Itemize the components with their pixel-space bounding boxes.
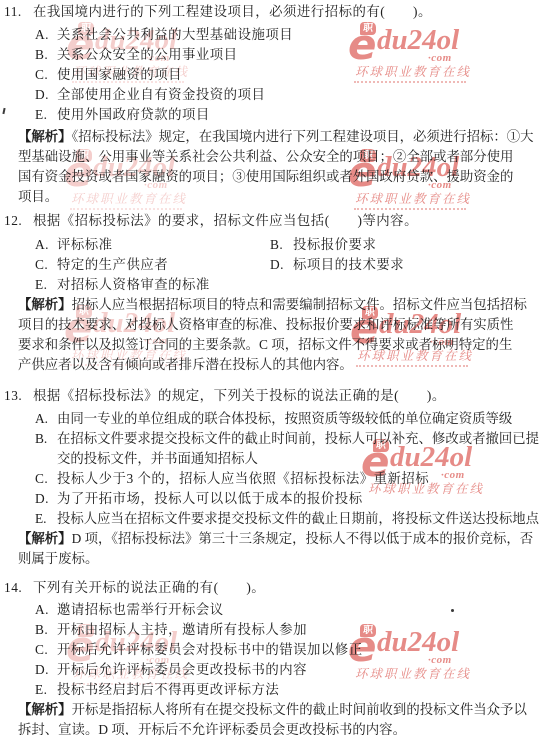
option-text: 开标后允许评标委员会对投标书中的错误加以修正	[57, 640, 363, 660]
option-E: E.投标人应当在招标文件要求提交投标文件的截止日期前，将投标文件送达投标地点	[0, 509, 544, 529]
option-label: D.	[35, 660, 57, 680]
question-stem-line: 13. 根据《招标投标法》的规定，下列关于投标的说法正确的是( )。	[0, 386, 544, 406]
option-label: D.	[35, 85, 57, 105]
option-E: E.投标书经启封后不得再更改评标方法	[0, 680, 544, 700]
option-B: B.关系公众安全的公用事业项目	[0, 45, 544, 65]
analysis-label: 【解析】	[18, 531, 72, 546]
analysis-line: 项目。	[0, 187, 544, 207]
option-label: C.	[35, 255, 57, 275]
question-number: 13.	[0, 386, 33, 406]
option-D: D.标项目的技术要求	[270, 255, 404, 275]
analysis-label: 【解析】	[18, 129, 72, 144]
option-label: E.	[35, 275, 57, 295]
option-text: 特定的生产供应者	[57, 255, 168, 275]
analysis-line: 【解析】招标人应当根据招标项目的特点和需要编制招标文件。招标文件应当包括招标	[0, 295, 544, 315]
option-label: C.	[35, 640, 57, 660]
option-D: D.为了开拓市场，投标人可以以低于成本的报价投标	[0, 489, 544, 509]
question-number: 14.	[0, 578, 33, 598]
option-label: A.	[35, 235, 57, 255]
option-label: A.	[35, 409, 57, 429]
options-list: A.由同一专业的单位组成的联合体投标，按照资质等级较低的单位确定资质等级 B.在…	[0, 409, 544, 529]
option-A: A.由同一专业的单位组成的联合体投标，按照资质等级较低的单位确定资质等级	[0, 409, 544, 429]
option-label: E.	[35, 509, 57, 529]
question-14: 14. 下列有关开标的说法正确的有( )。 A.邀请招标也需举行开标会议 B.开…	[0, 578, 544, 735]
option-label: D.	[270, 255, 293, 275]
scan-artifact	[451, 609, 454, 612]
analysis-label: 【解析】	[18, 297, 72, 312]
option-label: E.	[35, 105, 57, 125]
question-number: 11.	[0, 2, 33, 22]
option-text: 投标报价要求	[293, 235, 376, 255]
analysis-block: 【解析】招标人应当根据招标项目的特点和需要编制招标文件。招标文件应当包括招标 项…	[0, 295, 544, 375]
question-stem-line: 11. 在我国境内进行的下列工程建设项目，必须进行招标的有( )。	[0, 2, 544, 22]
option-C: C.开标后允许评标委员会对投标书中的错误加以修正	[0, 640, 544, 660]
option-C: C.投标人少于3 个的，招标人应当依照《招标投标法》重新招标	[0, 469, 544, 489]
question-12: 12. 根据《招标投标法》的要求，招标文件应当包括( )等内容。 A.评标标准 …	[0, 211, 544, 375]
option-text: 对招标人资格审查的标准	[57, 275, 210, 295]
option-A: A.关系社会公共利益的大型基础设施项目	[0, 25, 544, 45]
option-A: A.邀请招标也需举行开标会议	[0, 600, 544, 620]
option-label: D.	[35, 489, 57, 509]
scanned-exam-page: e 职 du24ol ·com 环球职业教育在线 e 职 du24ol ·com…	[0, 0, 544, 735]
question-stem-line: 14. 下列有关开标的说法正确的有( )。	[0, 578, 544, 598]
option-label: A.	[35, 600, 57, 620]
options-list: A.评标标准 B.投标报价要求 C.特定的生产供应者 D.标项目的技术要求 E.…	[0, 235, 544, 295]
question-stem: 根据《招标投标法》的要求，招标文件应当包括( )等内容。	[33, 211, 418, 231]
option-label: B.	[270, 235, 293, 255]
option-text: 开标后允许评标委员会更改投标书的内容	[57, 660, 307, 680]
analysis-line: 国有资金投资或者国家融资的项目；③使用国际组织或者外国政府贷款、援助资金的	[0, 167, 544, 187]
question-stem: 下列有关开标的说法正确的有( )。	[33, 578, 265, 598]
option-row-CD: C.特定的生产供应者 D.标项目的技术要求	[0, 255, 544, 275]
analysis-line: 拆封、宣读。D 项，开标后不允许评标委员会更改投标书的内容。	[0, 720, 544, 735]
option-label: E.	[35, 680, 57, 700]
analysis-line: 【解析】D 项，《招标投标法》第三十三条规定，投标人不得以低于成本的报价竞标，否	[0, 529, 544, 549]
analysis-text: 《招标投标法》规定，在我国境内进行下列工程建设项目，必须进行招标：①大	[72, 129, 534, 144]
watermark-dotted-line	[70, 208, 182, 210]
option-text: 使用国家融资的项目	[57, 65, 182, 85]
option-text: 投标人应当在招标文件要求提交投标文件的截止日期前，将投标文件送达投标地点	[57, 509, 539, 529]
option-D: D.全部使用企业自有资金投资的项目	[0, 85, 544, 105]
analysis-line: 产供应者以及含有倾向或者排斥潜在投标人的其他内容。	[0, 355, 544, 375]
option-text: 在招标文件要求提交投标文件的截止时间前，投标人可以补充、修改或者撤回已提	[57, 429, 539, 449]
question-13: 13. 根据《招标投标法》的规定，下列关于投标的说法正确的是( )。 A.由同一…	[0, 386, 544, 569]
option-label: B.	[35, 620, 57, 640]
option-C: C.使用国家融资的项目	[0, 65, 544, 85]
question-11: 11. 在我国境内进行的下列工程建设项目，必须进行招标的有( )。 A.关系社会…	[0, 2, 544, 207]
analysis-line: 型基础设施、公用事业等关系社会公共利益、公众安全的项目；②全部或者部分使用	[0, 147, 544, 167]
analysis-line: 项目的技术要求、对投标人资格审查的标准、投标报价要求和评标标准等所有实质性	[0, 315, 544, 335]
analysis-line: 【解析】《招标投标法》规定，在我国境内进行下列工程建设项目，必须进行招标：①大	[0, 127, 544, 147]
option-text: 关系公众安全的公用事业项目	[57, 45, 238, 65]
analysis-text: 招标人应当根据招标项目的特点和需要编制招标文件。招标文件应当包括招标	[72, 297, 527, 312]
option-text: 投标人少于3 个的，招标人应当依照《招标投标法》重新招标	[57, 469, 429, 489]
option-text: 使用外国政府贷款的项目	[57, 105, 210, 125]
option-label: B.	[35, 429, 57, 449]
analysis-label: 【解析】	[18, 702, 72, 717]
option-text: 开标由招标人主持，邀请所有投标人参加	[57, 620, 307, 640]
analysis-text: 开标是指招标人将所有在提交投标文件的截止时间前收到的投标文件当众予以	[72, 702, 527, 717]
analysis-block: 【解析】D 项，《招标投标法》第三十三条规定，投标人不得以低于成本的报价竞标，否…	[0, 529, 544, 569]
analysis-line: 则属于废标。	[0, 549, 544, 569]
option-B: B.在招标文件要求提交投标文件的截止时间前，投标人可以补充、修改或者撤回已提	[0, 429, 544, 449]
question-number: 12.	[0, 211, 33, 231]
analysis-block: 【解析】开标是指招标人将所有在提交投标文件的截止时间前收到的投标文件当众予以 拆…	[0, 700, 544, 735]
option-label: C.	[35, 469, 57, 489]
question-stem: 根据《招标投标法》的规定，下列关于投标的说法正确的是( )。	[33, 386, 446, 406]
option-B: B.投标报价要求	[270, 235, 376, 255]
option-E: E.对招标人资格审查的标准	[0, 275, 544, 295]
analysis-line: 要求和条件以及拟签订合同的主要条款。C 项，招标文件不得要求或者标明特定的生	[0, 335, 544, 355]
option-text: 评标标准	[57, 235, 113, 255]
option-text: 全部使用企业自有资金投资的项目	[57, 85, 265, 105]
question-stem-line: 12. 根据《招标投标法》的要求，招标文件应当包括( )等内容。	[0, 211, 544, 231]
options-list: A.邀请招标也需举行开标会议 B.开标由招标人主持，邀请所有投标人参加 C.开标…	[0, 600, 544, 700]
option-text: 为了开拓市场，投标人可以以低于成本的报价投标	[57, 489, 363, 509]
option-text: 由同一专业的单位组成的联合体投标，按照资质等级较低的单位确定资质等级	[57, 409, 512, 429]
option-label: C.	[35, 65, 57, 85]
option-label: A.	[35, 25, 57, 45]
option-E: E.使用外国政府贷款的项目	[0, 105, 544, 125]
option-D: D.开标后允许评标委员会更改投标书的内容	[0, 660, 544, 680]
option-text: 投标书经启封后不得再更改评标方法	[57, 680, 279, 700]
option-B: B.开标由招标人主持，邀请所有投标人参加	[0, 620, 544, 640]
question-stem: 在我国境内进行的下列工程建设项目，必须进行招标的有( )。	[33, 2, 432, 22]
analysis-line: 【解析】开标是指招标人将所有在提交投标文件的截止时间前收到的投标文件当众予以	[0, 700, 544, 720]
option-text: 邀请招标也需举行开标会议	[57, 600, 224, 620]
option-B-continuation: 交的投标文件，并书面通知招标人	[0, 449, 544, 469]
options-list: A.关系社会公共利益的大型基础设施项目 B.关系公众安全的公用事业项目 C.使用…	[0, 25, 544, 125]
analysis-block: 【解析】《招标投标法》规定，在我国境内进行下列工程建设项目，必须进行招标：①大 …	[0, 127, 544, 207]
analysis-text: D 项，《招标投标法》第三十三条规定，投标人不得以低于成本的报价竞标，否	[72, 531, 534, 546]
option-text: 标项目的技术要求	[293, 255, 404, 275]
option-row-AB: A.评标标准 B.投标报价要求	[0, 235, 544, 255]
watermark-dotted-line	[354, 208, 466, 210]
option-label: B.	[35, 45, 57, 65]
option-text: 关系社会公共利益的大型基础设施项目	[57, 25, 293, 45]
